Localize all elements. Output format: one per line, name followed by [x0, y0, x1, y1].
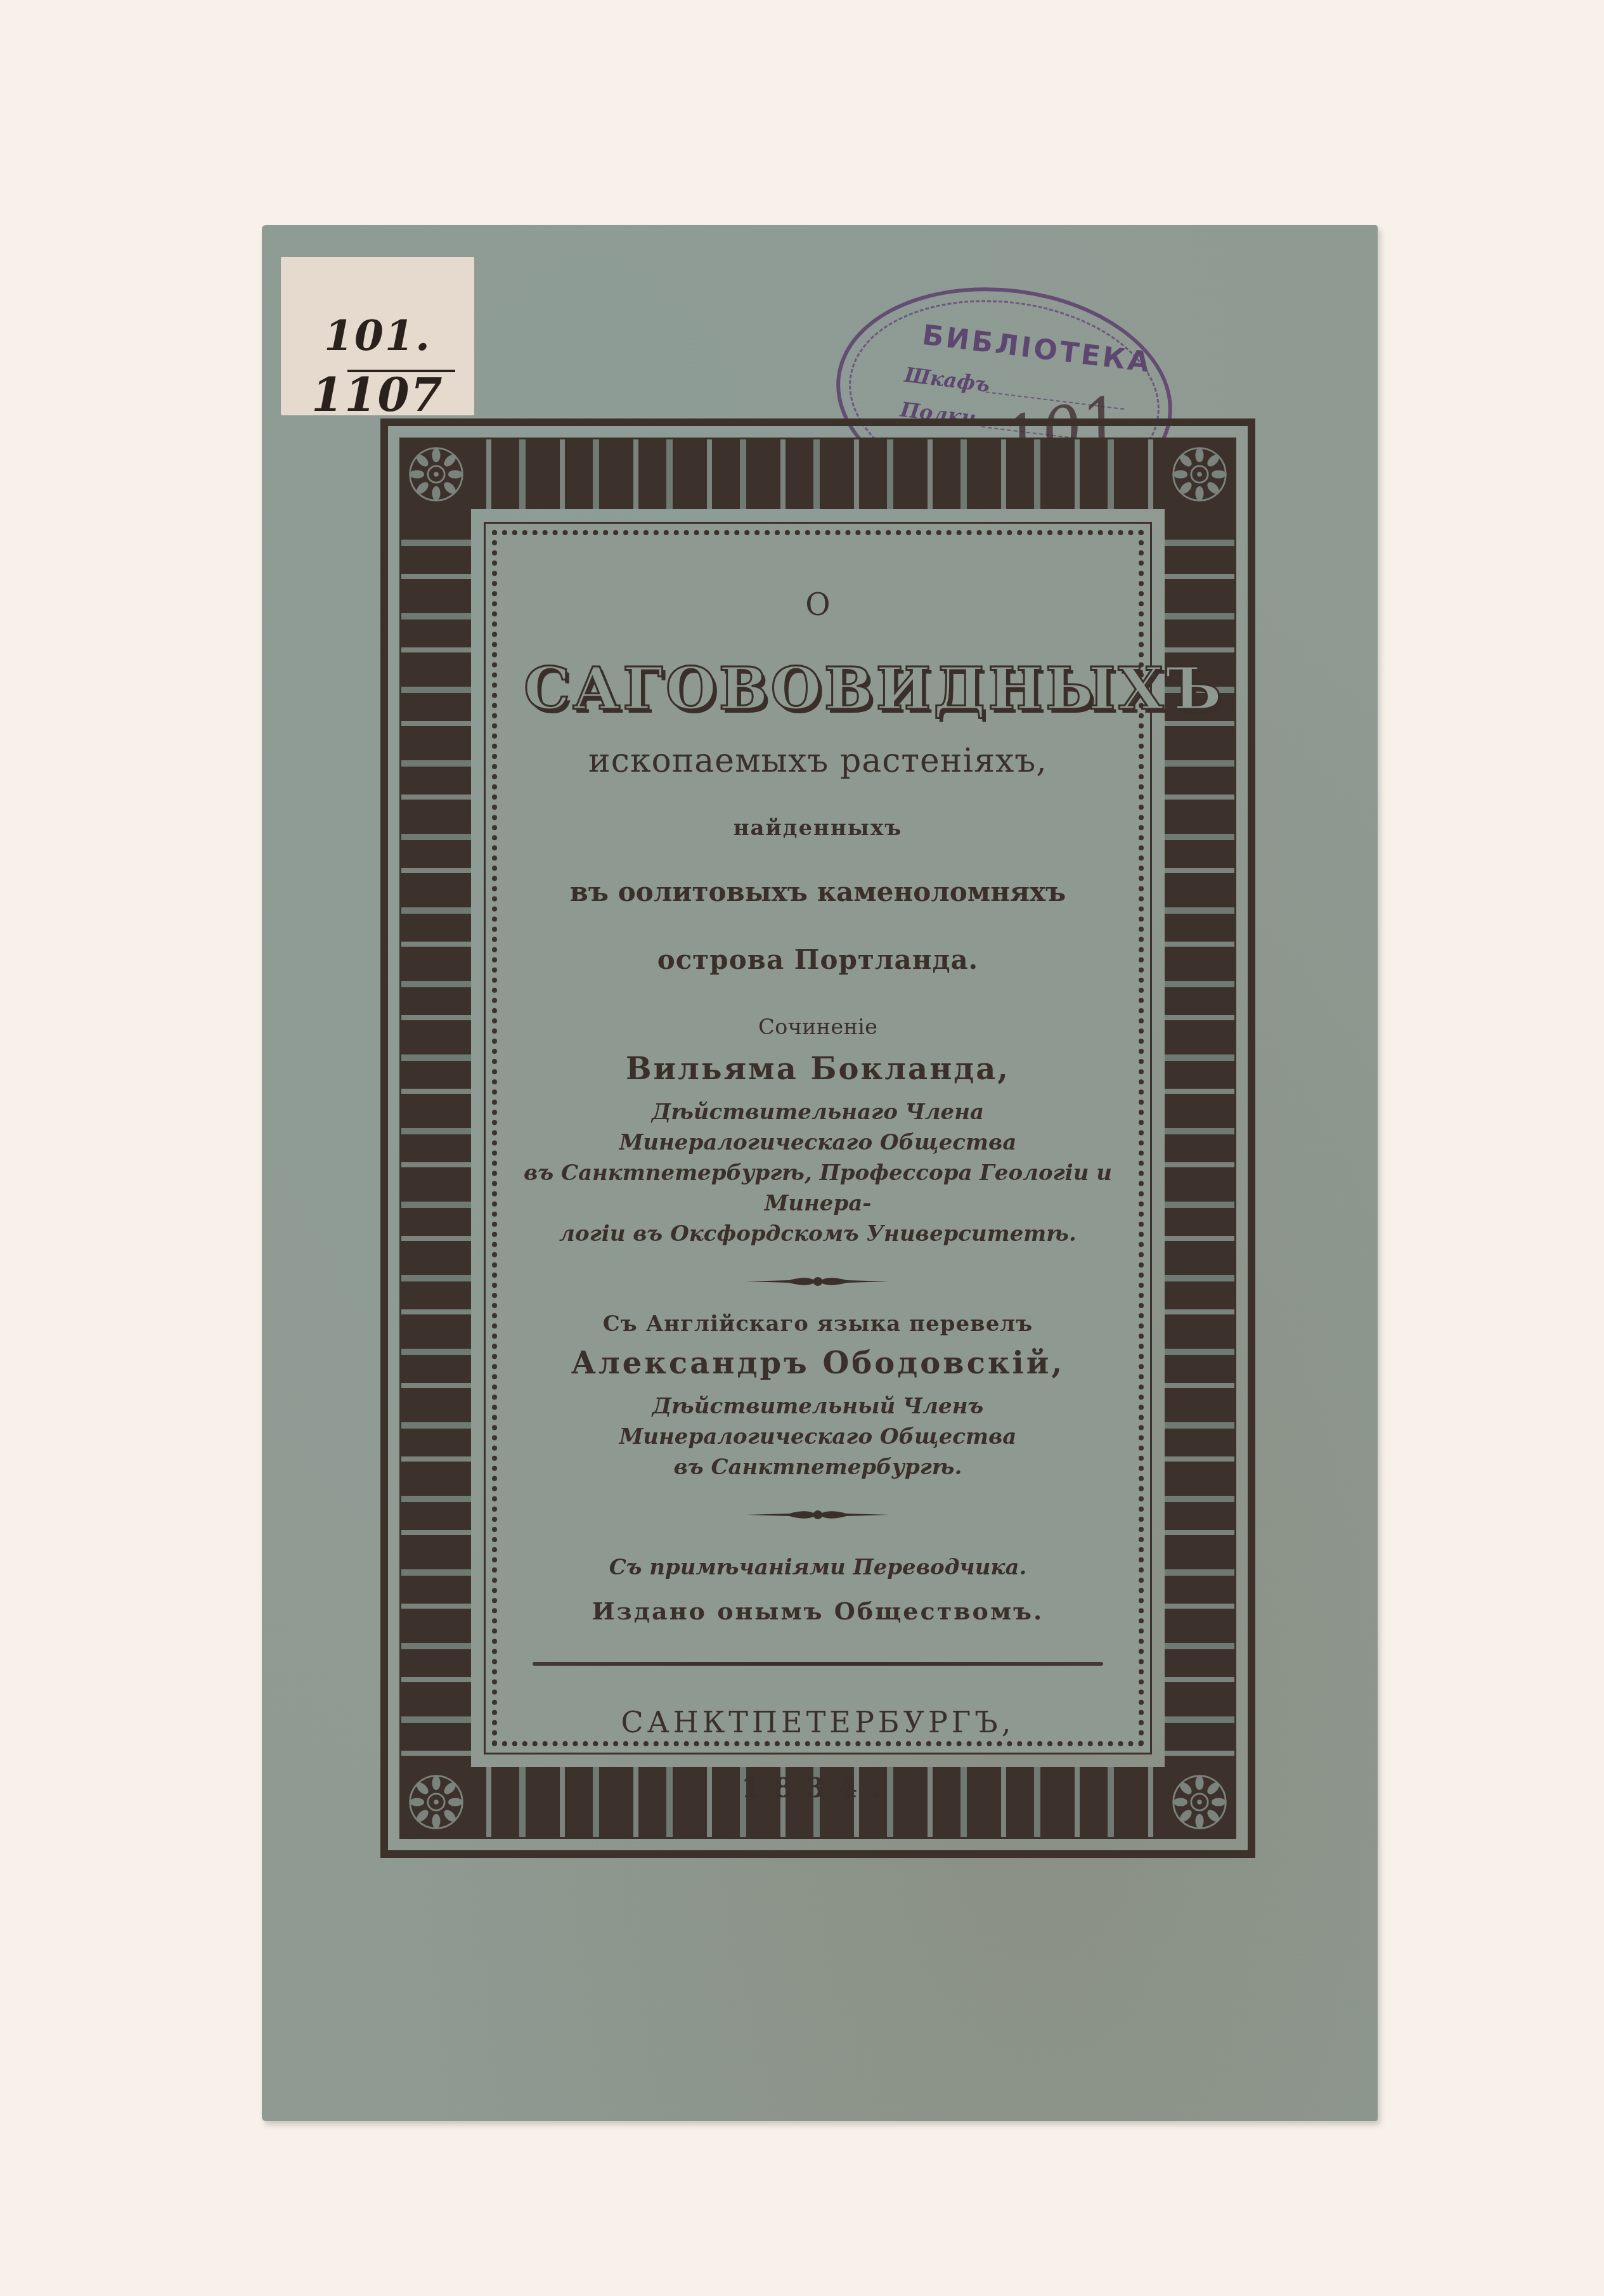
main-title: САГОВОВИДНЫХЪ [524, 654, 1112, 723]
title-page-content: О САГОВОВИДНЫХЪ ископаемыхъ растенiяхъ, … [524, 581, 1112, 1803]
work-label: Сочиненiе [524, 1015, 1112, 1040]
title-panel: О САГОВОВИДНЫХЪ ископаемыхъ растенiяхъ, … [484, 522, 1152, 1754]
acanthus-border-left [401, 509, 471, 1767]
author-name: Вильяма Бокланда, [524, 1051, 1112, 1087]
translator-credentials-line: Дѣйствительный Членъ Минералогическаго О… [524, 1391, 1112, 1452]
translator-name: Александръ Ободовскiй, [524, 1346, 1112, 1381]
translator-notes: Съ примѣчанiями Переводчика. [524, 1555, 1112, 1580]
shelf-number-bottom: 1107 [281, 368, 474, 422]
rosette-icon [1165, 439, 1234, 509]
subtitle-found: найденныхъ [524, 815, 1112, 841]
ornamental-frame: О САГОВОВИДНЫХЪ ископаемыхъ растенiяхъ, … [380, 418, 1255, 1858]
author-credentials-line: Дѣйствительнаго Члена Минералогическаго … [524, 1097, 1112, 1158]
ornamental-divider [745, 1272, 891, 1291]
subtitle-quarries: въ оолитовыхъ каменоломняхъ [524, 876, 1112, 907]
title-preposition: О [524, 587, 1112, 623]
subtitle-island: острова Портланда. [524, 944, 1112, 975]
translator-credentials-line: въ Санктпетербургѣ. [524, 1452, 1112, 1482]
author-credentials-line: въ Санктпетербургѣ, Профессора Геологiи … [524, 1158, 1112, 1219]
author-credentials-line: логiи въ Оксфордскомъ Университетѣ. [524, 1219, 1112, 1249]
rosette-icon [401, 439, 471, 509]
publisher-line: Издано онымъ Обществомъ. [524, 1597, 1112, 1625]
rosette-icon [1165, 1767, 1234, 1837]
shelf-number-top: 101. [281, 311, 474, 360]
shelf-label: 101. 1107 [281, 257, 474, 415]
subtitle: ископаемыхъ растенiяхъ, [524, 742, 1112, 780]
acanthus-border-top [401, 439, 1234, 509]
frame-band: О САГОВОВИДНЫХЪ ископаемыхъ растенiяхъ, … [399, 438, 1236, 1839]
imprint-year: 1834. [524, 1772, 1112, 1803]
horizontal-rule [533, 1662, 1103, 1666]
imprint-city: САНКТПЕТЕРБУРГЪ, [524, 1705, 1112, 1739]
ornamental-divider [745, 1505, 891, 1524]
rosette-icon [401, 1767, 471, 1837]
translation-label: Съ Англiйскаго языка перевелъ [524, 1311, 1112, 1337]
